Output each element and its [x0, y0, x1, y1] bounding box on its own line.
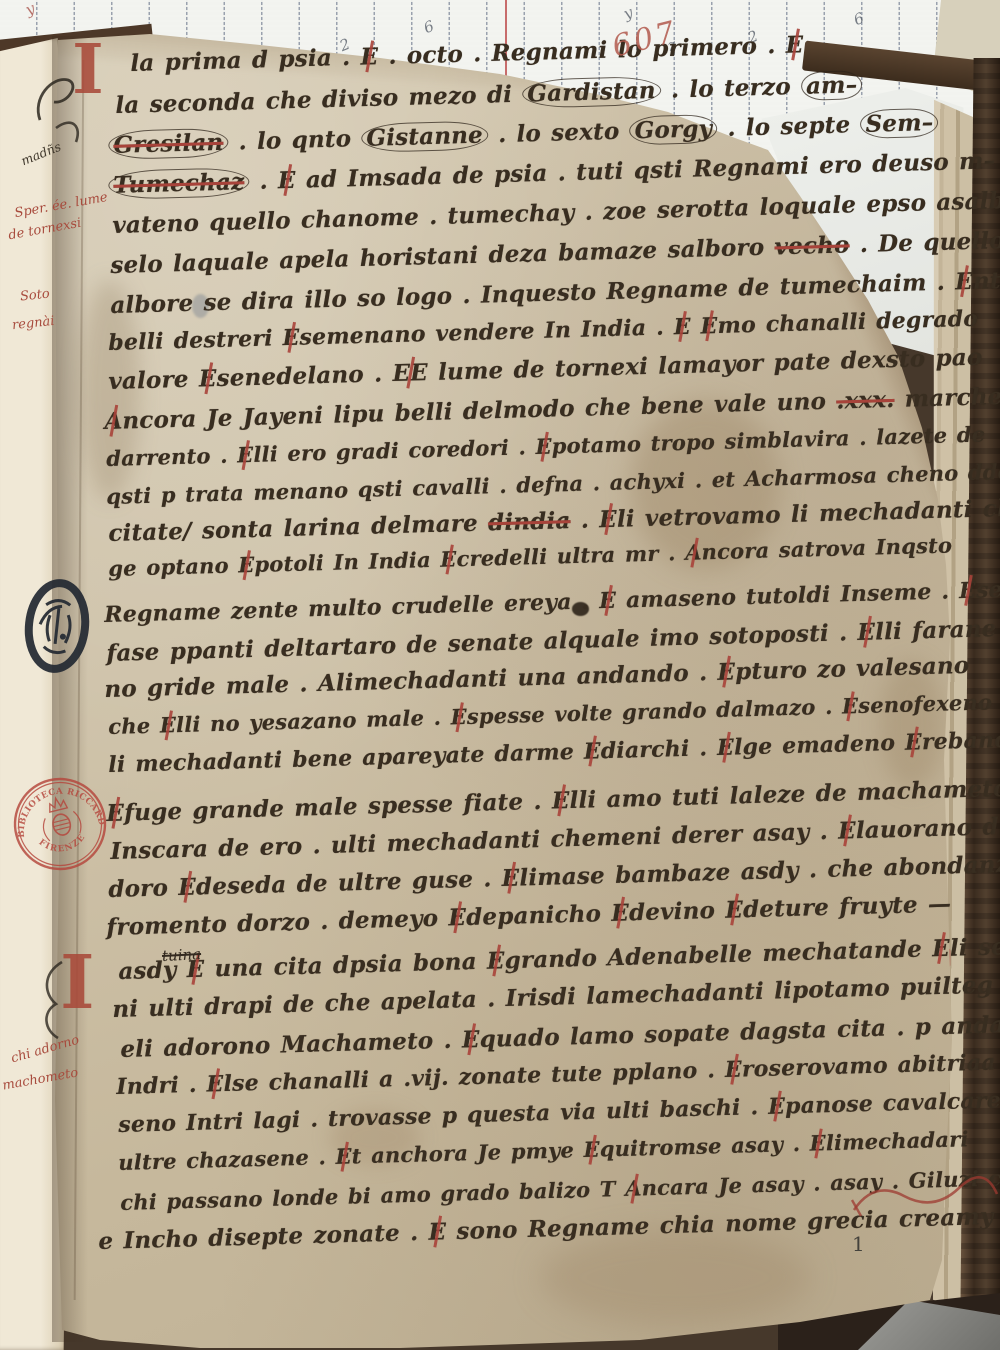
rubricated-letter: E [237, 442, 254, 467]
rubricated-letter: A [104, 407, 123, 434]
circled-word: Sem– [860, 108, 939, 139]
rubricated-letter: E [206, 1071, 224, 1097]
rubricated-letter: E [198, 365, 216, 392]
rubricated-letter: E [335, 1143, 352, 1168]
red-struck-word: vecho [774, 231, 850, 260]
manuscript-text-block: la prima d psia . E . octo . Regnami lo … [0, 0, 1000, 1350]
svg-text:FIRENZE: FIRENZE [35, 827, 90, 861]
rubricated-letter: E [932, 935, 950, 962]
rubricated-letter: E [673, 314, 691, 340]
circled-word: Gistanne [361, 120, 488, 153]
red-struck-word: .xxx. [836, 386, 895, 415]
manuscript-line: la prima d psia . E . octo . Regnami lo … [130, 31, 804, 77]
rubricated-letter: E [487, 947, 505, 974]
rubricated-letter: E [838, 817, 856, 844]
rubricated-letter: E [842, 693, 859, 718]
rubricated-letter: E [160, 712, 177, 737]
rubricated-letter: E [428, 1218, 446, 1245]
circled-word: Gresilan [108, 128, 229, 160]
rubricated-letter: E [725, 896, 743, 923]
red-struck-word: Gresilan [113, 129, 224, 159]
rubricated-letter: E [282, 325, 300, 351]
rubricated-letter: E [809, 1130, 826, 1155]
oval-stamp [17, 573, 97, 680]
manuscript-line: la seconda che diviso mezo di Gardistan … [115, 71, 863, 119]
red-ink-squiggle [848, 1172, 1000, 1227]
flourish-mark-1 [26, 56, 98, 148]
rubricated-letter: E [611, 899, 629, 926]
rubricated-letter: E [462, 1026, 480, 1053]
rubricated-letter: E [599, 588, 617, 614]
rubricated-letter: E [450, 704, 467, 729]
rubricated-letter: E [501, 865, 519, 892]
circled-word: Gardistan [522, 76, 661, 109]
rubricated-letter: A [625, 1175, 642, 1200]
rubricated-letter: E [768, 1093, 786, 1119]
rubricated-letter: E [599, 506, 617, 533]
rubricated-letter: A [685, 539, 702, 564]
rubricated-letter: E [535, 434, 552, 459]
rubricated-letter: E [959, 578, 977, 604]
rubricated-letter: E [448, 904, 466, 931]
rubricated-letter: E [905, 729, 923, 755]
marginal-note-red-2a: Soto [19, 286, 50, 304]
rubricated-letter: E [583, 1137, 600, 1162]
rubricated-letter: E [278, 167, 296, 194]
stamp-bottom-text: FIRENZE [35, 827, 90, 861]
red-struck-word: Tumechaz [113, 168, 245, 199]
rubricated-letter: E [583, 738, 601, 764]
folio-number: 1 [852, 1232, 865, 1256]
rubricated-letter: E [360, 43, 378, 70]
rubricated-letter: EE [392, 359, 428, 387]
rubricated-letter: E [551, 787, 569, 814]
rubricated-letter: E [955, 268, 973, 295]
manuscript-photo-scene: 26yz26y la prima d psia . E . octo . Reg… [0, 0, 1000, 1350]
rubricated-letter: E [440, 546, 457, 571]
rubricated-letter: E [178, 874, 196, 901]
rubricated-letter: E [238, 552, 255, 577]
rubricated-letter: E [717, 735, 735, 761]
rubricated-letter: E [725, 1057, 743, 1083]
circled-word: Tumechaz [108, 167, 250, 200]
circled-word: am– [801, 70, 863, 101]
red-struck-word: dindia [488, 507, 571, 536]
circled-word: Gorgy [629, 114, 717, 145]
rubricated-letter: E [857, 619, 875, 646]
rubricated-letter: E [700, 313, 718, 339]
rubricated-letter: E [785, 31, 803, 58]
struck-word: tuina [162, 945, 202, 965]
rubricated-letter: E [717, 658, 735, 685]
